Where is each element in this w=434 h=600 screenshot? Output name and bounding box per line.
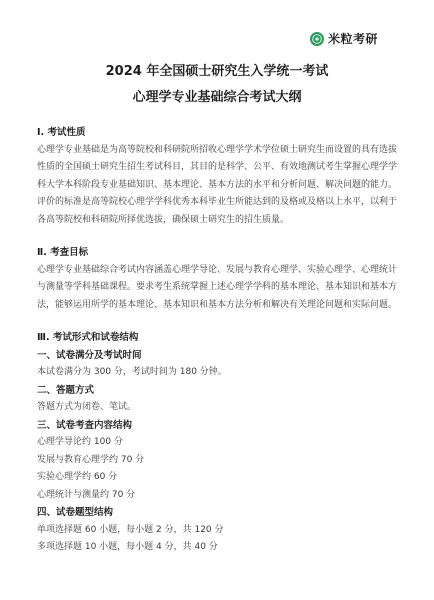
content-line: 发展与教育心理学约 70 分: [37, 452, 397, 470]
subsection-question-types: 四、试卷题型结构 单项选择题 60 小题，每小题 2 分，共 120 分多项选择…: [37, 504, 397, 557]
subsection-content-structure: 三、试卷考查内容结构 心理学导论约 100 分发展与教育心理学约 70 分实验心…: [37, 417, 397, 505]
subsection-heading-content-structure: 三、试卷考查内容结构: [37, 417, 397, 435]
section-assessment-goals: Ⅱ. 考查目标 心理学专业基础综合考试内容涵盖心理学导论、发展与教育心理学、实验…: [37, 244, 397, 314]
document-content: 2024 年全国硕士研究生入学统一考试 心理学专业基础综合考试大纲 Ⅰ. 考试性…: [37, 62, 397, 557]
subsection-lines-answer-method: 答题方式为闭卷、笔试。: [37, 399, 397, 417]
document-title-line2: 心理学专业基础综合考试大纲: [37, 88, 397, 108]
content-line: 实验心理学约 60 分: [37, 469, 397, 487]
content-line: 心理学导论约 100 分: [37, 434, 397, 452]
mili-kaoyan-badge-icon: [310, 32, 324, 46]
content-line: 多项选择题 10 小题，每小题 4 分，共 40 分: [37, 539, 397, 557]
subsection-heading-question-types: 四、试卷题型结构: [37, 504, 397, 522]
section-paragraph-assessment-goals: 心理学专业基础综合考试内容涵盖心理学导论、发展与教育心理学、实验心理学、心理统计…: [37, 262, 397, 315]
subsection-lines-content-structure: 心理学导论约 100 分发展与教育心理学约 70 分实验心理学约 60 分心理统…: [37, 434, 397, 504]
subsection-lines-total-score-time: 本试卷满分为 300 分，考试时间为 180 分钟。: [37, 364, 397, 382]
subsection-total-score-time: 一、试卷满分及考试时间 本试卷满分为 300 分，考试时间为 180 分钟。: [37, 347, 397, 382]
brand-name: 米粒考研: [328, 30, 378, 47]
section-heading-exam-format: Ⅲ. 考试形式和试卷结构: [37, 329, 397, 347]
section-heading-assessment-goals: Ⅱ. 考查目标: [37, 244, 397, 262]
content-line: 单项选择题 60 小题，每小题 2 分，共 120 分: [37, 522, 397, 540]
section-heading-exam-nature: Ⅰ. 考试性质: [37, 124, 397, 142]
document-title-line1: 2024 年全国硕士研究生入学统一考试: [37, 62, 397, 82]
content-line: 心理统计与测量约 70 分: [37, 487, 397, 505]
content-line: 本试卷满分为 300 分，考试时间为 180 分钟。: [37, 364, 397, 382]
section-exam-nature: Ⅰ. 考试性质 心理学专业基础是为高等院校和科研院所招收心理学学术学位硕士研究生…: [37, 124, 397, 229]
section-exam-format: Ⅲ. 考试形式和试卷结构 一、试卷满分及考试时间 本试卷满分为 300 分，考试…: [37, 329, 397, 557]
subsection-heading-answer-method: 二、答题方式: [37, 382, 397, 400]
section-paragraph-exam-nature: 心理学专业基础是为高等院校和科研院所招收心理学学术学位硕士研究生而设置的具有选拔…: [37, 142, 397, 230]
content-line: 答题方式为闭卷、笔试。: [37, 399, 397, 417]
document-page: 米粒考研 2024 年全国硕士研究生入学统一考试 心理学专业基础综合考试大纲 Ⅰ…: [0, 0, 434, 600]
subsection-heading-total-score-time: 一、试卷满分及考试时间: [37, 347, 397, 365]
subsection-lines-question-types: 单项选择题 60 小题，每小题 2 分，共 120 分多项选择题 10 小题，每…: [37, 522, 397, 557]
subsection-answer-method: 二、答题方式 答题方式为闭卷、笔试。: [37, 382, 397, 417]
brand-logo: 米粒考研: [310, 30, 378, 47]
